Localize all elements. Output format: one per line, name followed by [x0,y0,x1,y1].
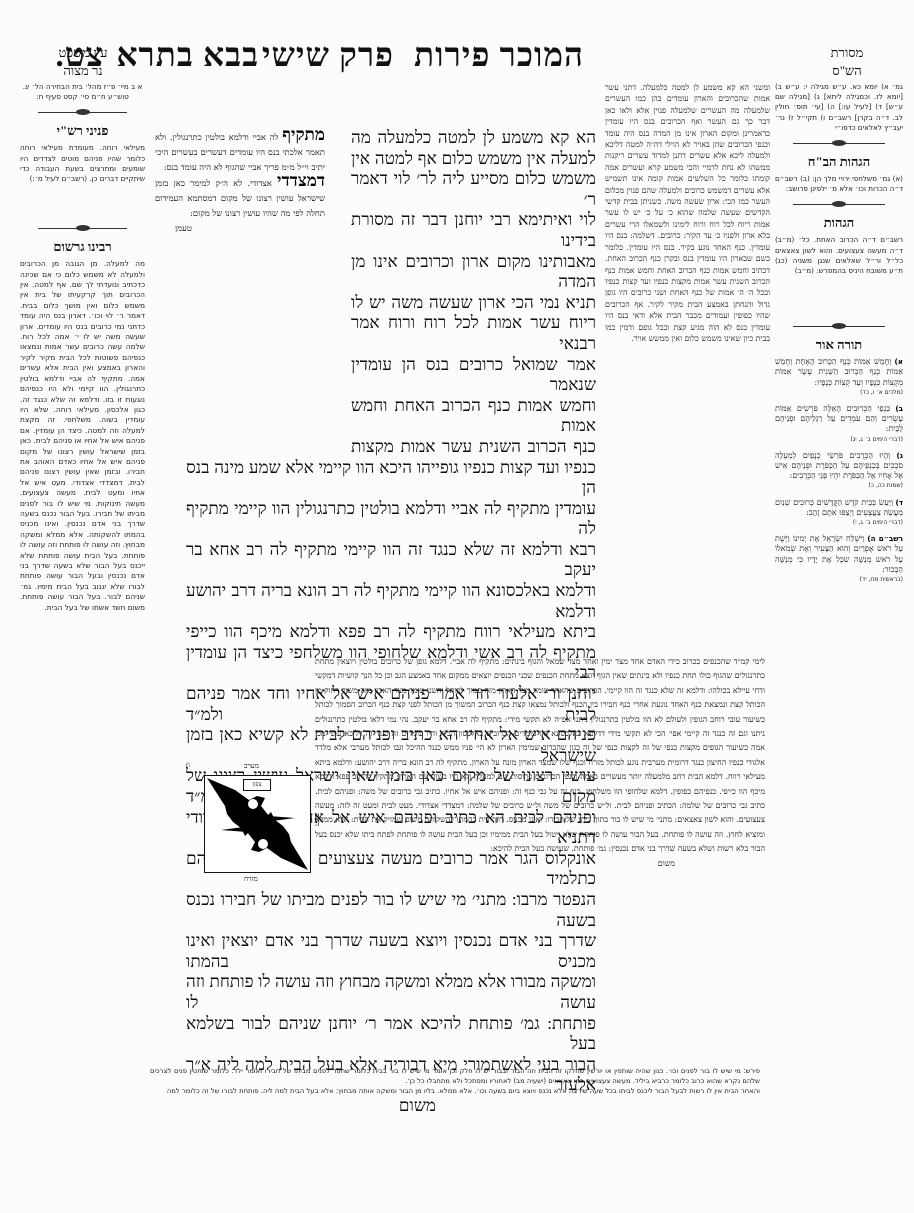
mesoret-hashas-label: מסורת הש"ס [812,44,882,80]
ein-mishpat-label-line-2: נר מצוה [48,62,118,80]
tractate-name: בבא בתרא [116,38,259,75]
gemara-line: כנף הכרוב השנית עשר אמות מקצות [351,437,596,458]
footer-note-line: פירש: מי שיש לו בור לפנים וכו׳. כגון שהי… [150,1066,760,1086]
ornament-divider [793,322,885,330]
chapter-name: המוכר פירות [414,38,584,75]
gemara-line: תניא נמי הכי ארון שעשה משה יש לו [351,293,596,314]
ein-mishpat-text: א ב מיי׳ פ״ז מהל׳ בית הבחירה הל׳ יג. טוש… [20,82,145,102]
hagahot-bach-text: (א) גמ׳ משלחפי ירויי מלך הן: (ב) רשב״ם ד… [775,174,903,194]
torah-or-source: (דברי הימים ב׳ ג, יג) [775,435,903,445]
gemara-line: עומדין מתקיף לה אביי ודלמא בולטין כתרנגו… [186,499,596,540]
torah-or-entry: רשב״ם ה) וַיִּשְׁלַח יִשְׂרָאֵל אֶת יְמִ… [775,534,903,585]
torah-or-ref: ג) [896,451,903,460]
torah-or-verse: כַּנְפֵי הַכְּרוּבִים הָאֵלֶּה פֹּרְשִׂי… [775,404,903,433]
rabbeinu-gershom-title: רבינו גרשום [20,238,145,256]
mesoret-label-line-2: הש"ס [812,62,882,80]
ornament-divider [793,139,885,147]
torah-or-source: (שמות כה, כ) [775,481,903,491]
gemara-narrow-block: הא קא משמע לן למטה כלמעלה מה למעלה אין מ… [351,128,596,458]
torah-or-ref: ד) [895,498,903,507]
torah-or-ref: ב) [895,404,903,413]
ornament-divider [38,224,127,232]
mesoret-hashas-text: גמ׳ א) יומא כא. ע״ש מגילה י: ע״ש ב) [יומ… [775,82,903,133]
rabbeinu-gershom-text: מה למעלה. מן הגובה מן הכרובים ולמעלה לא … [20,259,145,613]
torah-or-verse: וְהָיוּ הַכְּרֻבִים פֹּרְשֵׂי כְנָפַיִם … [775,451,903,480]
torah-or-source: (מלכים א׳ ו, כד) [775,388,903,398]
torah-or-source: (דברי הימים ב׳ ג, י) [775,518,903,528]
gemara-line: אמר שמואל כרובים בנס הן עומדין שנאמר [351,355,596,396]
ornament-divider [793,200,885,208]
torah-or-verse: וַיַּעַשׂ בְּבֵית קֹדֶשׁ הַקֳּדָשִׁים כְ… [775,498,903,517]
diagram-label-south: דרום [313,813,321,826]
gemara-line: הא קא משמע לן למטה כלמעלה מה [351,128,596,149]
torah-or-source: (בראשית מח, יד) [775,575,903,585]
torah-or-entry: ג) וְהָיוּ הַכְּרֻבִים פֹּרְשֵׂי כְנָפַי… [775,451,903,492]
gemara-line: רבא ודלמא זה שלא כנגד זה הוו קיימי מתקיף… [186,540,596,581]
page-header: מסורת הש"ס המוכר פירות פרק שישי בבא בתרא… [0,38,914,88]
footer-notes: פירש: מי שיש לו בור לפנים וכו׳. כגון שהי… [150,1066,760,1096]
chapter-number: פרק שישי [262,38,394,75]
diagram-label-north: צפון [243,779,271,791]
pnei-rashi-text: מעילאי רוחה. מעומדת מעילאי רוחה כלומר שה… [20,143,145,184]
hagahot-text: רשב״ם ד״ה הכרוב האחת. כל׳ (מ״ב) ד״ה מעשה… [775,235,903,276]
ein-mishpat-label-line-1: עין משפט [48,44,118,62]
gemara-line: משמש כלום מסייע ליה לר׳ לוי דאמר ר׳ [351,169,596,210]
ornament-divider [38,108,127,116]
torah-or-ref: א) [894,357,903,366]
gemara-line: כנפיו ועד קצות כנפיו גופייהו היכא הוו קי… [186,458,596,499]
gemara-line: ריוח עשר אמות לכל רוח ורוח אמר רבנאי [351,313,596,354]
torah-or-ref: רשב״ם ה) [867,534,903,543]
torah-or-verse: וְחָמֵשׁ אַמּוֹת כְּנַף הַכְּרוּב הָאֶחָ… [775,357,903,386]
torah-or-title: תורה אור [775,336,903,354]
gemara-line: וחמש אמות כנף הכרוב האחת וחמש אמות [351,396,596,437]
tosafot-column: ומשני הא קא משמע לן למטה כלמעלה. דתני עש… [605,82,770,722]
gemara-line: משום [186,1096,596,1117]
ein-mishpat-label: עין משפט נר מצוה [48,44,118,80]
gemara-line: ביתא מעילאי רווח מתקיף לה רב פפא ודלמא מ… [186,622,596,643]
gemara-line: מאבותינו מקום ארון וכרובים אינו מן המדה [351,252,596,293]
left-margin-column: א ב מיי׳ פ״ז מהל׳ בית הבחירה הל׳ יג. טוש… [20,82,145,1132]
right-margin-column: גמ׳ א) יומא כא. ע״ש מגילה י: ע״ש ב) [יומ… [775,82,903,982]
hagahot-title: הגהות [775,214,903,232]
pnei-rashi-title: פניני רש"י [20,122,145,140]
diagram-frame: צפון [204,775,311,873]
tosafot-text: ומשני הא קא משמע לן למטה כלמעלה. דתני עש… [605,82,770,344]
mesoret-label-line-1: מסורת [812,44,882,62]
gemara-line: לוי ואיתימא רבי יוחנן דבר זה מסורת בידינ… [351,210,596,251]
footer-note-line: והאחר הבית אין לו רשות לבעל הבור ליכנס ל… [150,1086,760,1096]
diagram-label-east: מזרח [244,875,258,883]
torah-or-entry: א) וְחָמֵשׁ אַמּוֹת כְּנַף הַכְּרוּב הָא… [775,357,903,398]
gemara-line: למעלה אין משמש כלום אף למטה אין [351,149,596,170]
gemara-line: ודלמא באלכסונא הוו קיימי מתקיף לה רב הונ… [186,581,596,622]
diagram-label-west: מערב [244,762,259,770]
torah-or-entry: ב) כַּנְפֵי הַכְּרוּבִים הָאֵלֶּה פֹּרְש… [775,404,903,445]
diagram-marker: ז) [186,762,190,769]
hagahot-bach-title: הגהות הב"ח [775,153,903,171]
cherubim-diagram: מערב ז) צפון דרום מזרח [194,765,322,877]
torah-or-entry: ד) וַיַּעַשׂ בְּבֵית קֹדֶשׁ הַקֳּדָשִׁים… [775,498,903,529]
